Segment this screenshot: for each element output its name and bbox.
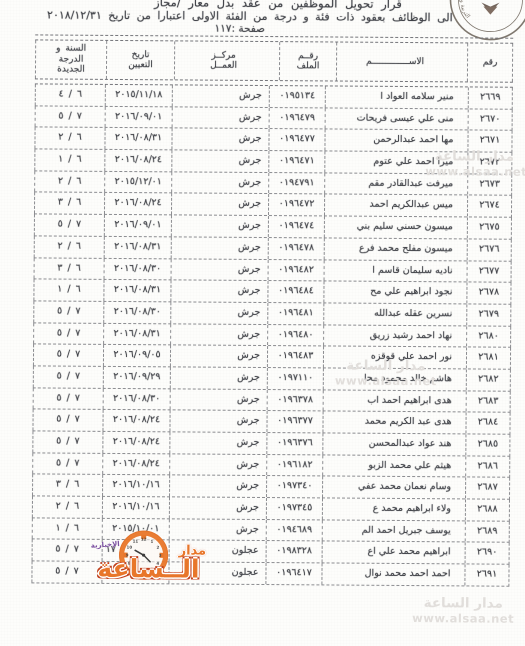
grade-value: ٧ / ٥ [32,431,102,452]
row-number: ٢٦٨٤ [465,413,509,434]
row-number: ٢٦٦٩ [468,87,512,108]
file-number: ٠١٩٦٤٧٢ [268,194,324,215]
work-center: جرش [172,85,269,106]
employee-name: يوسف جبريل احمد الم [322,520,465,542]
employee-name: ولاء ابراهيم محمد ع [322,498,465,520]
work-center: جرش [170,302,267,323]
clock-number: 1 [151,538,154,543]
appointment-date: ٢٠١٥/١٢/٠١ [104,172,171,193]
work-center: جرش [169,476,266,497]
grade-value: ٧ / ٥ [33,388,103,409]
work-center: جرش [171,215,268,236]
grade-value: ٦ / ٢ [34,128,104,149]
appointment-date: ٢٠١٦/٠٩/٠١ [104,215,171,236]
appointment-date: ٢٠١٦/٠٨/٣١ [103,280,170,301]
column-header-name: الاســــــــــــــم [336,43,467,82]
scanned-document-page: التربية والتعليم قرار تحويل الموظفين من … [0,0,525,646]
work-center: جرش [170,346,267,367]
row-number: ٢٦٨٠ [466,326,510,347]
appointment-date: ٢٠١٦/٠٨/٢٤ [102,454,169,475]
file-number: ٠١٩٦٤٨٣ [267,346,323,367]
employee-name: ميسون حسني سليم بني [324,217,467,239]
file-number: ٠١٩٦٣٧٦ [266,433,322,454]
grade-value: ٦ / ١ [33,280,103,301]
file-number: ٠١٩٦٤٨٤ [267,281,323,302]
row-number: ٢٦٨٩ [465,521,509,542]
grade-value: ٦ / ٣ [34,258,104,279]
row-number: ٢٦٨٣ [466,391,510,412]
work-center: جرش [171,172,268,193]
grade-value: ٦ / ٢ [32,496,102,517]
logo-word-alsaa: الــساعة [84,554,212,584]
grade-value: ٦ / ٢ [34,236,104,257]
employee-name: ناديه سليمان قاسم ا [324,260,467,282]
work-center: جرش [171,129,268,150]
clock-number: 2 [157,545,160,550]
work-center: جرش [169,454,266,475]
file-number: ٠١٩٧١١٠ [267,368,323,389]
grade-value: ٦ / ٢ [34,171,104,192]
site-watermark-3: مدار الساعة www.alsaa.net [404,596,522,626]
grade-value: ٦ / ٤ [35,84,105,105]
row-number: ٢٦٨٢ [466,369,510,390]
row-number: ٢٦٨٨ [465,499,509,520]
grade-value: ٧ / ٥ [33,366,103,387]
column-header-date: تاريخ التعيين [106,41,174,79]
column-header-workcenter: مركــز العمــل [174,41,279,80]
file-number: ٠١٩٤٦٨٩ [266,520,322,541]
doc-title-line2-text: الى الوظائف بعقود ذات فئة و درجة من الفئ… [108,9,453,24]
grade-value: ٧ / ٥ [33,323,103,344]
employee-name: ميسون مفلح محمد فرع [324,238,467,260]
work-center: جرش [170,367,267,388]
work-center: جرش [172,107,269,128]
document-header: قرار تحويل الموظفين من عقد بدل معار /مجا… [2,0,525,38]
row-number: ٢٦٧٤ [467,196,511,217]
employee-name: نجود ابراهيم علي مح [323,282,466,304]
appointment-date: ٢٠١٦/٠٨/٣١ [104,128,171,149]
file-number: ٠١٩٦٤٧٤ [268,216,324,237]
row-number: ٢٦٨٥ [465,434,509,455]
appointment-date: ٢٠١٦/٠٨/٣٠ [103,302,170,323]
work-center: جرش [171,150,268,171]
employees-table: رقم الاســــــــــــــم رقــم الملف مركـ… [31,34,513,586]
appointment-date: ٢٠١٦/٠٨/٣١ [103,323,170,344]
appointment-date: ٢٠١٦/٠٨/٣٠ [103,389,170,410]
file-number: ٠١٩٦١٨٢ [266,455,322,476]
work-center: جرش [169,432,266,453]
appointment-date: ٢٠١٦/١٠/١٦ [102,497,169,518]
row-number: ٢٦٧٨ [466,283,510,304]
employee-name: هدى عبد الكريم محمد [322,412,465,434]
file-number: ٠١٩٤٧٩١ [268,173,324,194]
file-number: ٠١٩٥١٣٤ [269,86,325,107]
appointment-date: ٢٠١٦/٠٨/٣١ [104,237,171,258]
row-number: ٢٦٨٦ [465,456,509,477]
grade-value: ٧ / ٥ [32,453,102,474]
site-watermark-2: مدار الساعة www.alsaa.net [326,358,446,388]
clock-number: 10 [127,544,133,549]
file-number: ٠١٩٦٤٨٠ [267,325,323,346]
column-header-file: رقــم الملف [279,42,336,80]
grade-value: ٦ / ٣ [32,475,102,496]
employee-name: هيثم علي محمد الزبو [322,455,465,477]
clock-number: 12 [141,536,147,541]
file-number: ٠١٩٦٤٨١ [267,303,323,324]
grade-value: ٧ / ٥ [34,215,104,236]
appointment-date: ٢٠١٦/١٠/١٦ [102,475,169,496]
grade-value: ٧ / ٥ [32,410,102,431]
appointment-date: ٢٠١٦/٠٨/٢٤ [102,432,169,453]
appointment-date: ٢٠١٦/٠٨/٢٤ [104,193,171,214]
employee-name: ابراهيم محمد علي اع [322,542,465,564]
alsaa-logo: 121234567891011 الإخبارية مدار الــساعة [84,534,234,599]
table-header-row: رقم الاســــــــــــــم رقــم الملف مركـ… [35,40,513,81]
appointment-date: ٢٠١٥/١١/١٨ [105,85,172,106]
work-center: جرش [170,389,267,410]
file-number: ٠١٩٦٤٧٩ [269,108,325,129]
grade-value: ٧ / ٥ [33,301,103,322]
row-number: ٢٦٧٥ [467,218,511,239]
work-center: جرش [169,411,266,432]
paper-sheet: التربية والتعليم قرار تحويل الموظفين من … [0,0,525,646]
file-number: ٠١٩٦٤٧٨ [268,238,324,259]
grade-value: ٧ / ٥ [35,106,105,127]
work-center: جرش [169,497,266,518]
employee-name: ميس عبدالكريم احمد [324,195,467,217]
appointment-date: ٢٠١٦/٠٩/٠٥ [103,345,170,366]
file-number: ٠١٩٦٣٧٨ [267,390,323,411]
row-number: ٢٦٨٧ [465,478,509,499]
row-number: ٢٦٩١ [464,565,508,586]
file-number: ٠١٩٦٤١٧ [265,563,321,584]
grade-value: ٦ / ٣ [34,193,104,214]
employee-name: هند عواد عبدالمحسن [322,433,465,455]
column-header-grade: السنة و الدرجة الجديدة [35,40,106,78]
site-watermark-1: مدار الساعة www.alsaa.net [425,149,523,178]
file-number: ٠١٩٧٣٤٥ [266,498,322,519]
work-center: جرش [170,281,267,302]
row-number: ٢٦٨١ [466,348,510,369]
appointment-date: ٢٠١٦/٠٩/٢٩ [103,367,170,388]
row-number: ٢٦٧٦ [467,239,511,260]
column-header-number: رقم [467,43,512,81]
appointment-date: ٢٠١٦/٠٨/٣٠ [104,258,171,279]
appointment-date: ٢٠١٦/٠٩/٠١ [105,107,172,128]
file-number: ٠١٩٦٤٧٧ [268,129,324,150]
grade-value: ٧ / ٥ [33,345,103,366]
work-center: جرش [171,194,268,215]
employee-name: منى علي عيسى فريحات [325,108,468,130]
file-number: ٠١٩٦٣٧٧ [266,411,322,432]
clock-number: 11 [133,538,139,543]
file-number: ٠١٩٨٣٢٨ [266,541,322,562]
row-number: ٢٦٧٠ [468,109,512,130]
row-number: ٢٦٧٧ [467,261,511,282]
employee-name: احمد احمد محمد نوال [321,564,464,586]
row-number: ٢٦٩٠ [465,543,509,564]
employee-name: منير سلامه العواد ا [325,86,468,108]
employee-name: وسام نعمان محمد عفي [322,477,465,499]
employee-name: نسرين عقله عبدالله [323,303,466,325]
appointment-date: ٢٠١٦/٠٨/٢٤ [102,410,169,431]
file-number: ٠١٩٧٣٤٠ [266,476,322,497]
row-number: ٢٦٧٩ [466,304,510,325]
file-number: ٠١٩٦٤٧١ [268,151,324,172]
employee-name: هدى ابراهيم احمد اب [323,390,466,412]
effective-date: ٢٠١٨/١٢/٣١ [47,8,102,21]
logo-tagline: الإخبارية [90,540,119,550]
work-center: جرش [170,324,267,345]
appointment-date: ٢٠١٦/٠٨/٢٤ [104,150,171,171]
file-number: ٠١٩٦٤٨٢ [268,260,324,281]
work-center: جرش [171,237,268,258]
employee-name: نهاد احمد رشيد زريق [323,325,466,347]
work-center: جرش [171,259,268,280]
grade-value: ٦ / ١ [34,149,104,170]
